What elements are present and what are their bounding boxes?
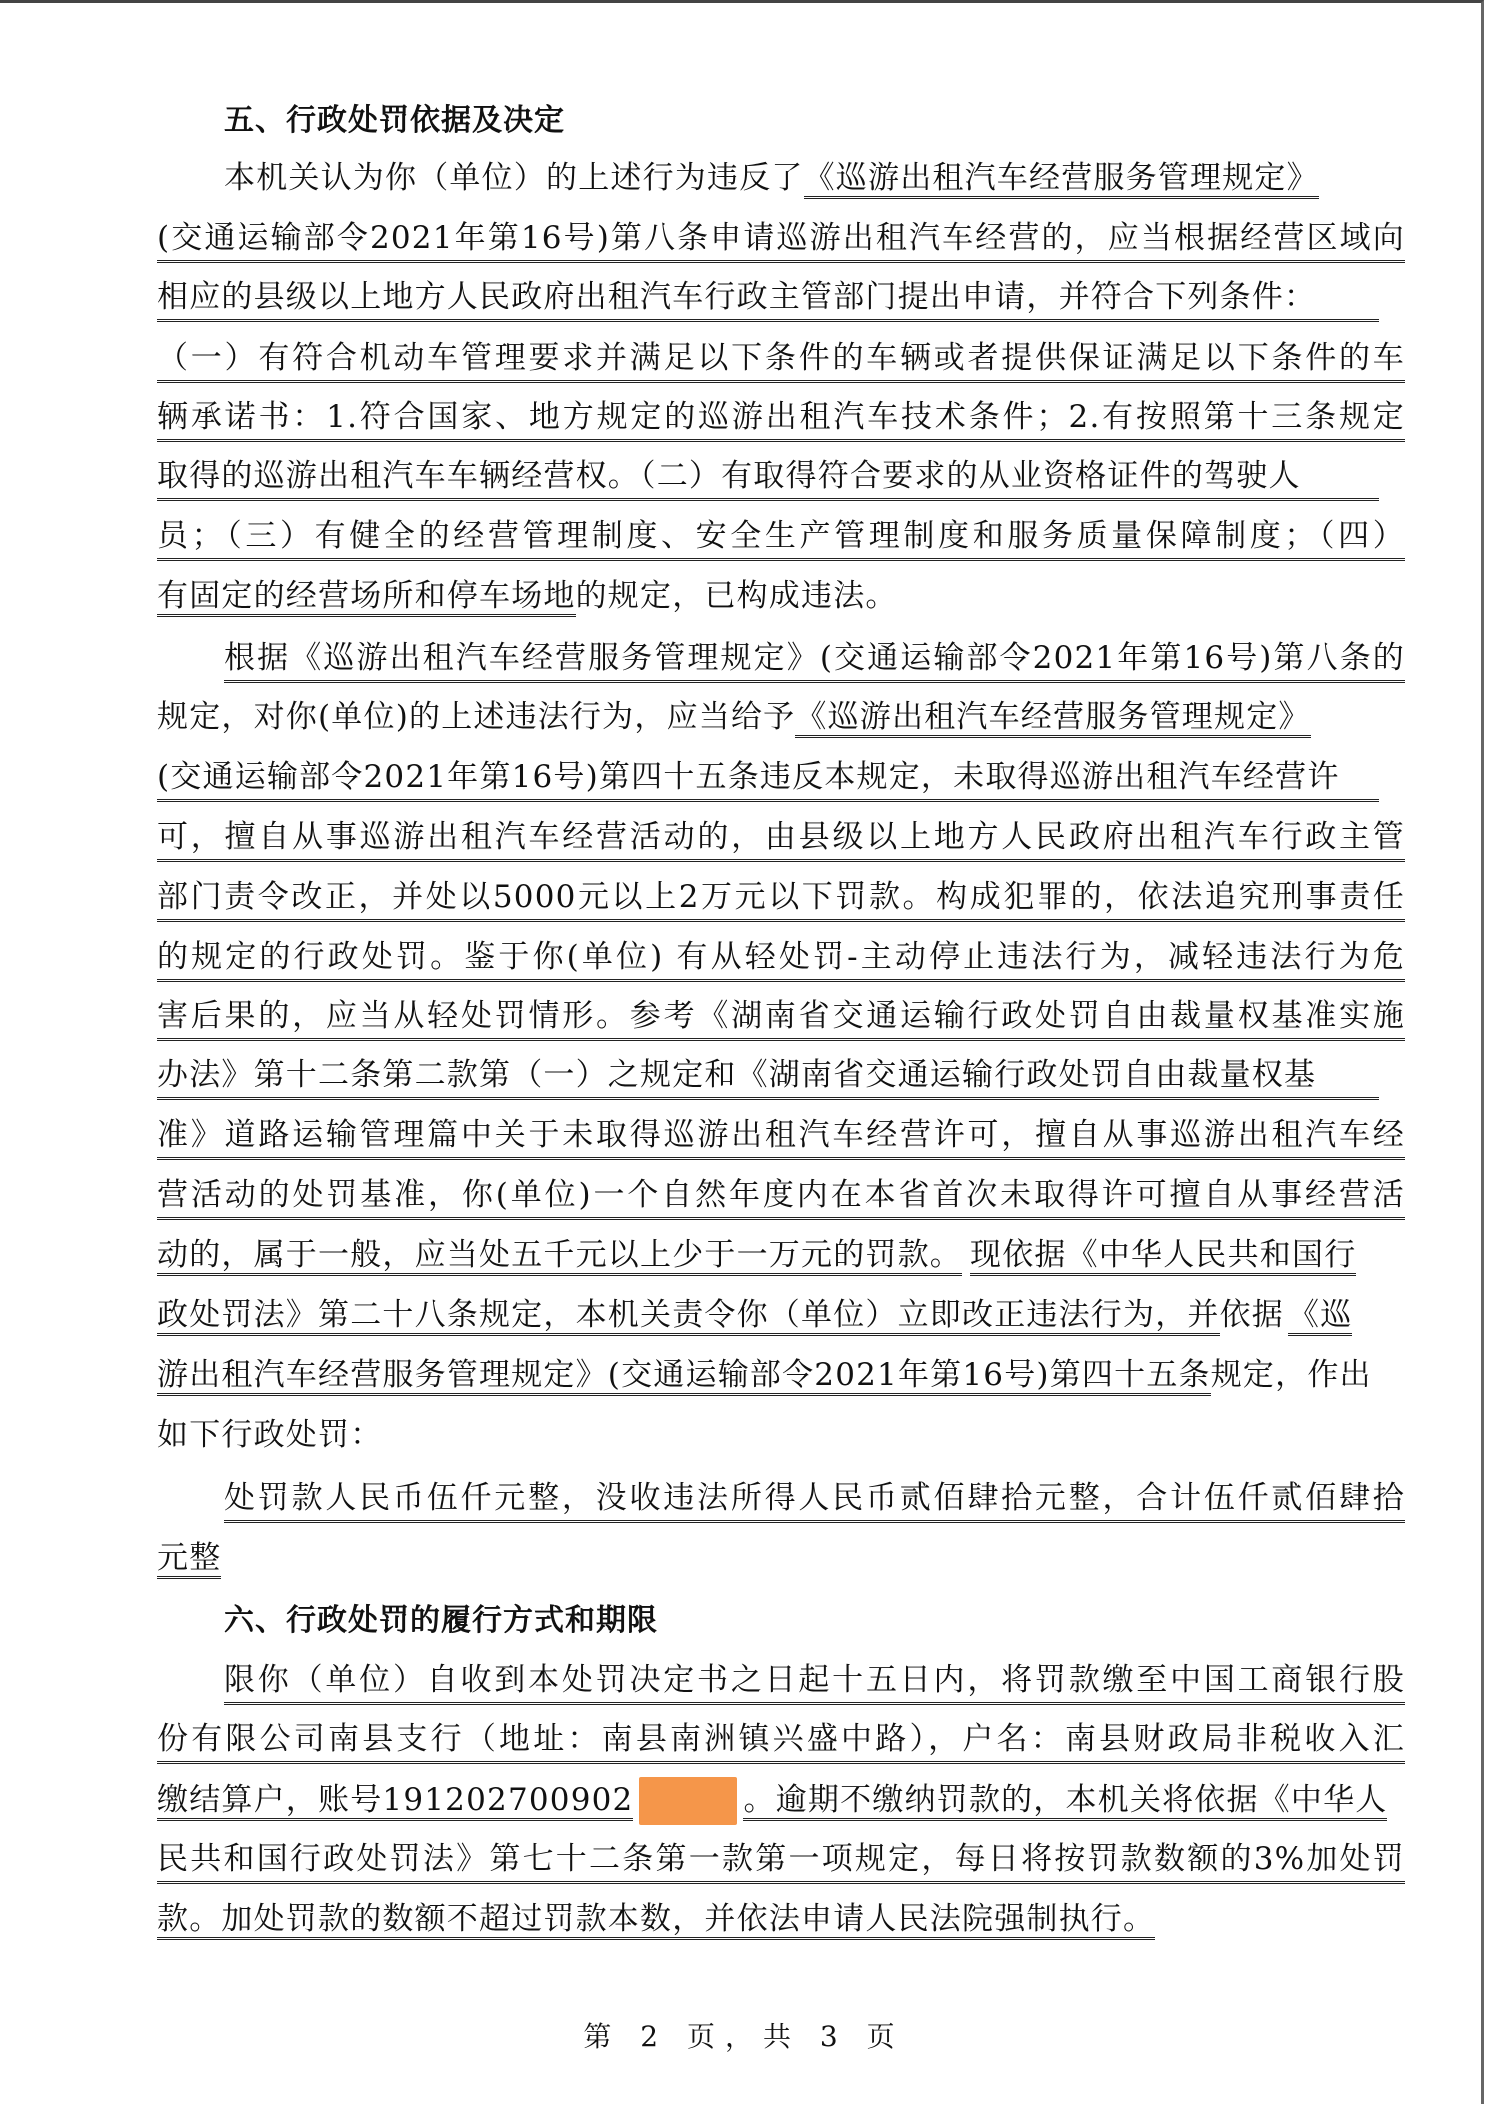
text-line: 款。加处罚款的数额不超过罚款本数，并依法申请人民法院强制执行。 bbox=[157, 1897, 1405, 1941]
text-line: (交通运输部令2021年第16号)第八条申请巡游出租汽车经营的，应当根据经营区域… bbox=[157, 216, 1405, 263]
text-line: 取得的巡游出租汽车车辆经营权。（二）有取得符合要求的从业资格证件的驾驶人 bbox=[157, 454, 1379, 501]
text-plain: 本机关认为你（单位）的上述行为违反了 bbox=[224, 160, 804, 196]
text-line: 部门责令改正，并处以5000元以上2万元以下罚款。构成犯罪的，依法追究刑事责任 bbox=[157, 875, 1405, 922]
text-line: 份有限公司南县支行（地址：南县南洲镇兴盛中路），户名：南县财政局非税收入汇 bbox=[157, 1717, 1405, 1764]
text-underlined: 缴结算户，账号191202700902 bbox=[157, 1782, 633, 1821]
text-line: 动的，属于一般，应当处五千元以上少于一万元的罚款。现依据《中华人民共和国行 bbox=[157, 1233, 1405, 1277]
text-underlined: 《巡 bbox=[1288, 1297, 1352, 1336]
text-line: 如下行政处罚： bbox=[157, 1413, 1405, 1457]
text-line: 有固定的经营场所和停车场地的规定，已构成违法。 bbox=[157, 574, 1405, 618]
text-line: 可，擅自从事巡游出租汽车经营活动的，由县级以上地方人民政府出租汽车行政主管 bbox=[157, 815, 1405, 862]
text-line: 政处罚法》第二十八条规定，本机关责令你（单位）立即改正违法行为，并依据《巡 bbox=[157, 1293, 1405, 1337]
text-line: 元整 bbox=[157, 1536, 1405, 1580]
text-line: 规定，对你(单位)的上述违法行为，应当给予《巡游出租汽车经营服务管理规定》 bbox=[157, 695, 1405, 739]
document-page: 五、行政处罚依据及决定 本机关认为你（单位）的上述行为违反了《巡游出租汽车经营服… bbox=[0, 0, 1484, 2104]
text-underlined: 现依据《中华人民共和国行 bbox=[970, 1237, 1356, 1276]
text-line: 民共和国行政处罚法》第七十二条第一款第一项规定，每日将按罚款数额的3%加处罚 bbox=[157, 1837, 1405, 1884]
text-line: (交通运输部令2021年第16号)第四十五条违反本规定，未取得巡游出租汽车经营许 bbox=[157, 755, 1379, 802]
text-plain: 的规定，已构成违法。 bbox=[576, 578, 898, 614]
section-heading-5: 五、行政处罚依据及决定 bbox=[224, 99, 1405, 143]
text-underlined: 动的，属于一般，应当处五千元以上少于一万元的罚款。 bbox=[157, 1237, 962, 1276]
text-underlined: 《巡游出租汽车经营服务管理规定》 bbox=[795, 699, 1310, 738]
text-plain: 规定，对你(单位)的上述违法行为，应当给予 bbox=[157, 699, 795, 735]
text-line: 营活动的处罚基准，你(单位)一个自然年度内在本省首次未取得许可擅自从事经营活 bbox=[157, 1173, 1405, 1220]
text-underlined: 有固定的经营场所和停车场地 bbox=[157, 578, 576, 617]
text-line: 害后果的，应当从轻处罚情形。参考《湖南省交通运输行政处罚自由裁量权基准实施 bbox=[157, 994, 1405, 1041]
text-line: 缴结算户，账号191202700902。逾期不缴纳罚款的，本机关将依据《中华人 bbox=[157, 1777, 1405, 1821]
text-line: 准》道路运输管理篇中关于未取得巡游出租汽车经营许可，擅自从事巡游出租汽车经 bbox=[157, 1113, 1405, 1160]
text-line: （一）有符合机动车管理要求并满足以下条件的车辆或者提供保证满足以下条件的车 bbox=[157, 336, 1405, 383]
text-line: 本机关认为你（单位）的上述行为违反了《巡游出租汽车经营服务管理规定》 bbox=[224, 156, 1405, 200]
text-underlined: 。逾期不缴纳罚款的，本机关将依据《中华人 bbox=[743, 1782, 1387, 1821]
page-number: 第 2 页，共 3 页 bbox=[0, 2015, 1488, 2055]
section-heading-6: 六、行政处罚的履行方式和期限 bbox=[224, 1599, 1405, 1643]
text-line: 根据《巡游出租汽车经营服务管理规定》(交通运输部令2021年第16号)第八条的 bbox=[224, 636, 1405, 683]
text-line: 处罚款人民币伍仟元整，没收违法所得人民币贰佰肆拾元整，合计伍仟贰佰肆拾 bbox=[224, 1476, 1405, 1523]
text-underlined: 政处罚法》第二十八条规定，本机关责令你（单位）立即改正违法行为，并 bbox=[157, 1297, 1220, 1336]
text-plain: 依据 bbox=[1220, 1297, 1284, 1333]
text-line: 辆承诺书：1.符合国家、地方规定的巡游出租汽车技术条件；2.有按照第十三条规定 bbox=[157, 395, 1405, 442]
text-underlined: 《巡游出租汽车经营服务管理规定》 bbox=[804, 160, 1319, 199]
redaction-box bbox=[639, 1777, 737, 1825]
text-plain: 规定，作出 bbox=[1211, 1357, 1372, 1393]
text-underlined: 元整 bbox=[157, 1540, 221, 1579]
text-line: 相应的县级以上地方人民政府出租汽车行政主管部门提出申请，并符合下列条件： bbox=[157, 275, 1379, 322]
text-line: 限你（单位）自收到本处罚决定书之日起十五日内，将罚款缴至中国工商银行股 bbox=[224, 1658, 1405, 1705]
text-underlined: 款。加处罚款的数额不超过罚款本数，并依法申请人民法院强制执行。 bbox=[157, 1901, 1155, 1940]
text-line: 游出租汽车经营服务管理规定》(交通运输部令2021年第16号)第四十五条规定，作… bbox=[157, 1353, 1405, 1397]
text-line: 的规定的行政处罚。鉴于你(单位) 有从轻处罚-主动停止违法行为，减轻违法行为危 bbox=[157, 935, 1405, 982]
text-underlined: 游出租汽车经营服务管理规定》(交通运输部令2021年第16号)第四十五条 bbox=[157, 1357, 1211, 1396]
text-line: 员；（三）有健全的经营管理制度、安全生产管理制度和服务质量保障制度；（四） bbox=[157, 514, 1405, 561]
text-line: 办法》第十二条第二款第（一）之规定和《湖南省交通运输行政处罚自由裁量权基 bbox=[157, 1053, 1379, 1100]
